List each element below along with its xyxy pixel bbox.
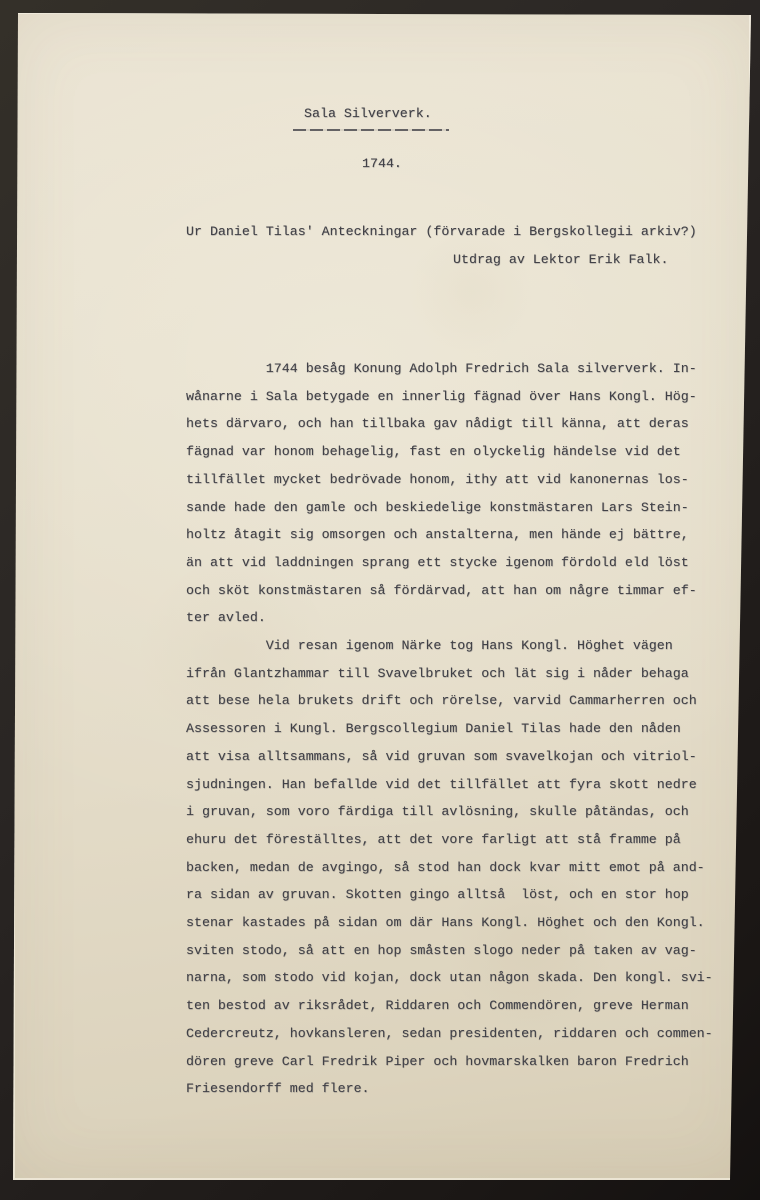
document-year: 1744. [362, 150, 402, 178]
source-line: Ur Daniel Tilas' Anteckningar (förvarade… [186, 218, 697, 246]
paper-page: Sala Silververk. 1744. Ur Daniel Tilas' … [13, 12, 751, 1180]
document-scan: { "page": { "title": "Sala Silververk.",… [0, 0, 760, 1200]
title-underline [293, 129, 449, 131]
body-text: 1744 besåg Konung Adolph Fredrich Sala s… [186, 355, 713, 1103]
extractor-line: Utdrag av Lektor Erik Falk. [453, 246, 668, 274]
document-title: Sala Silververk. [304, 100, 432, 128]
